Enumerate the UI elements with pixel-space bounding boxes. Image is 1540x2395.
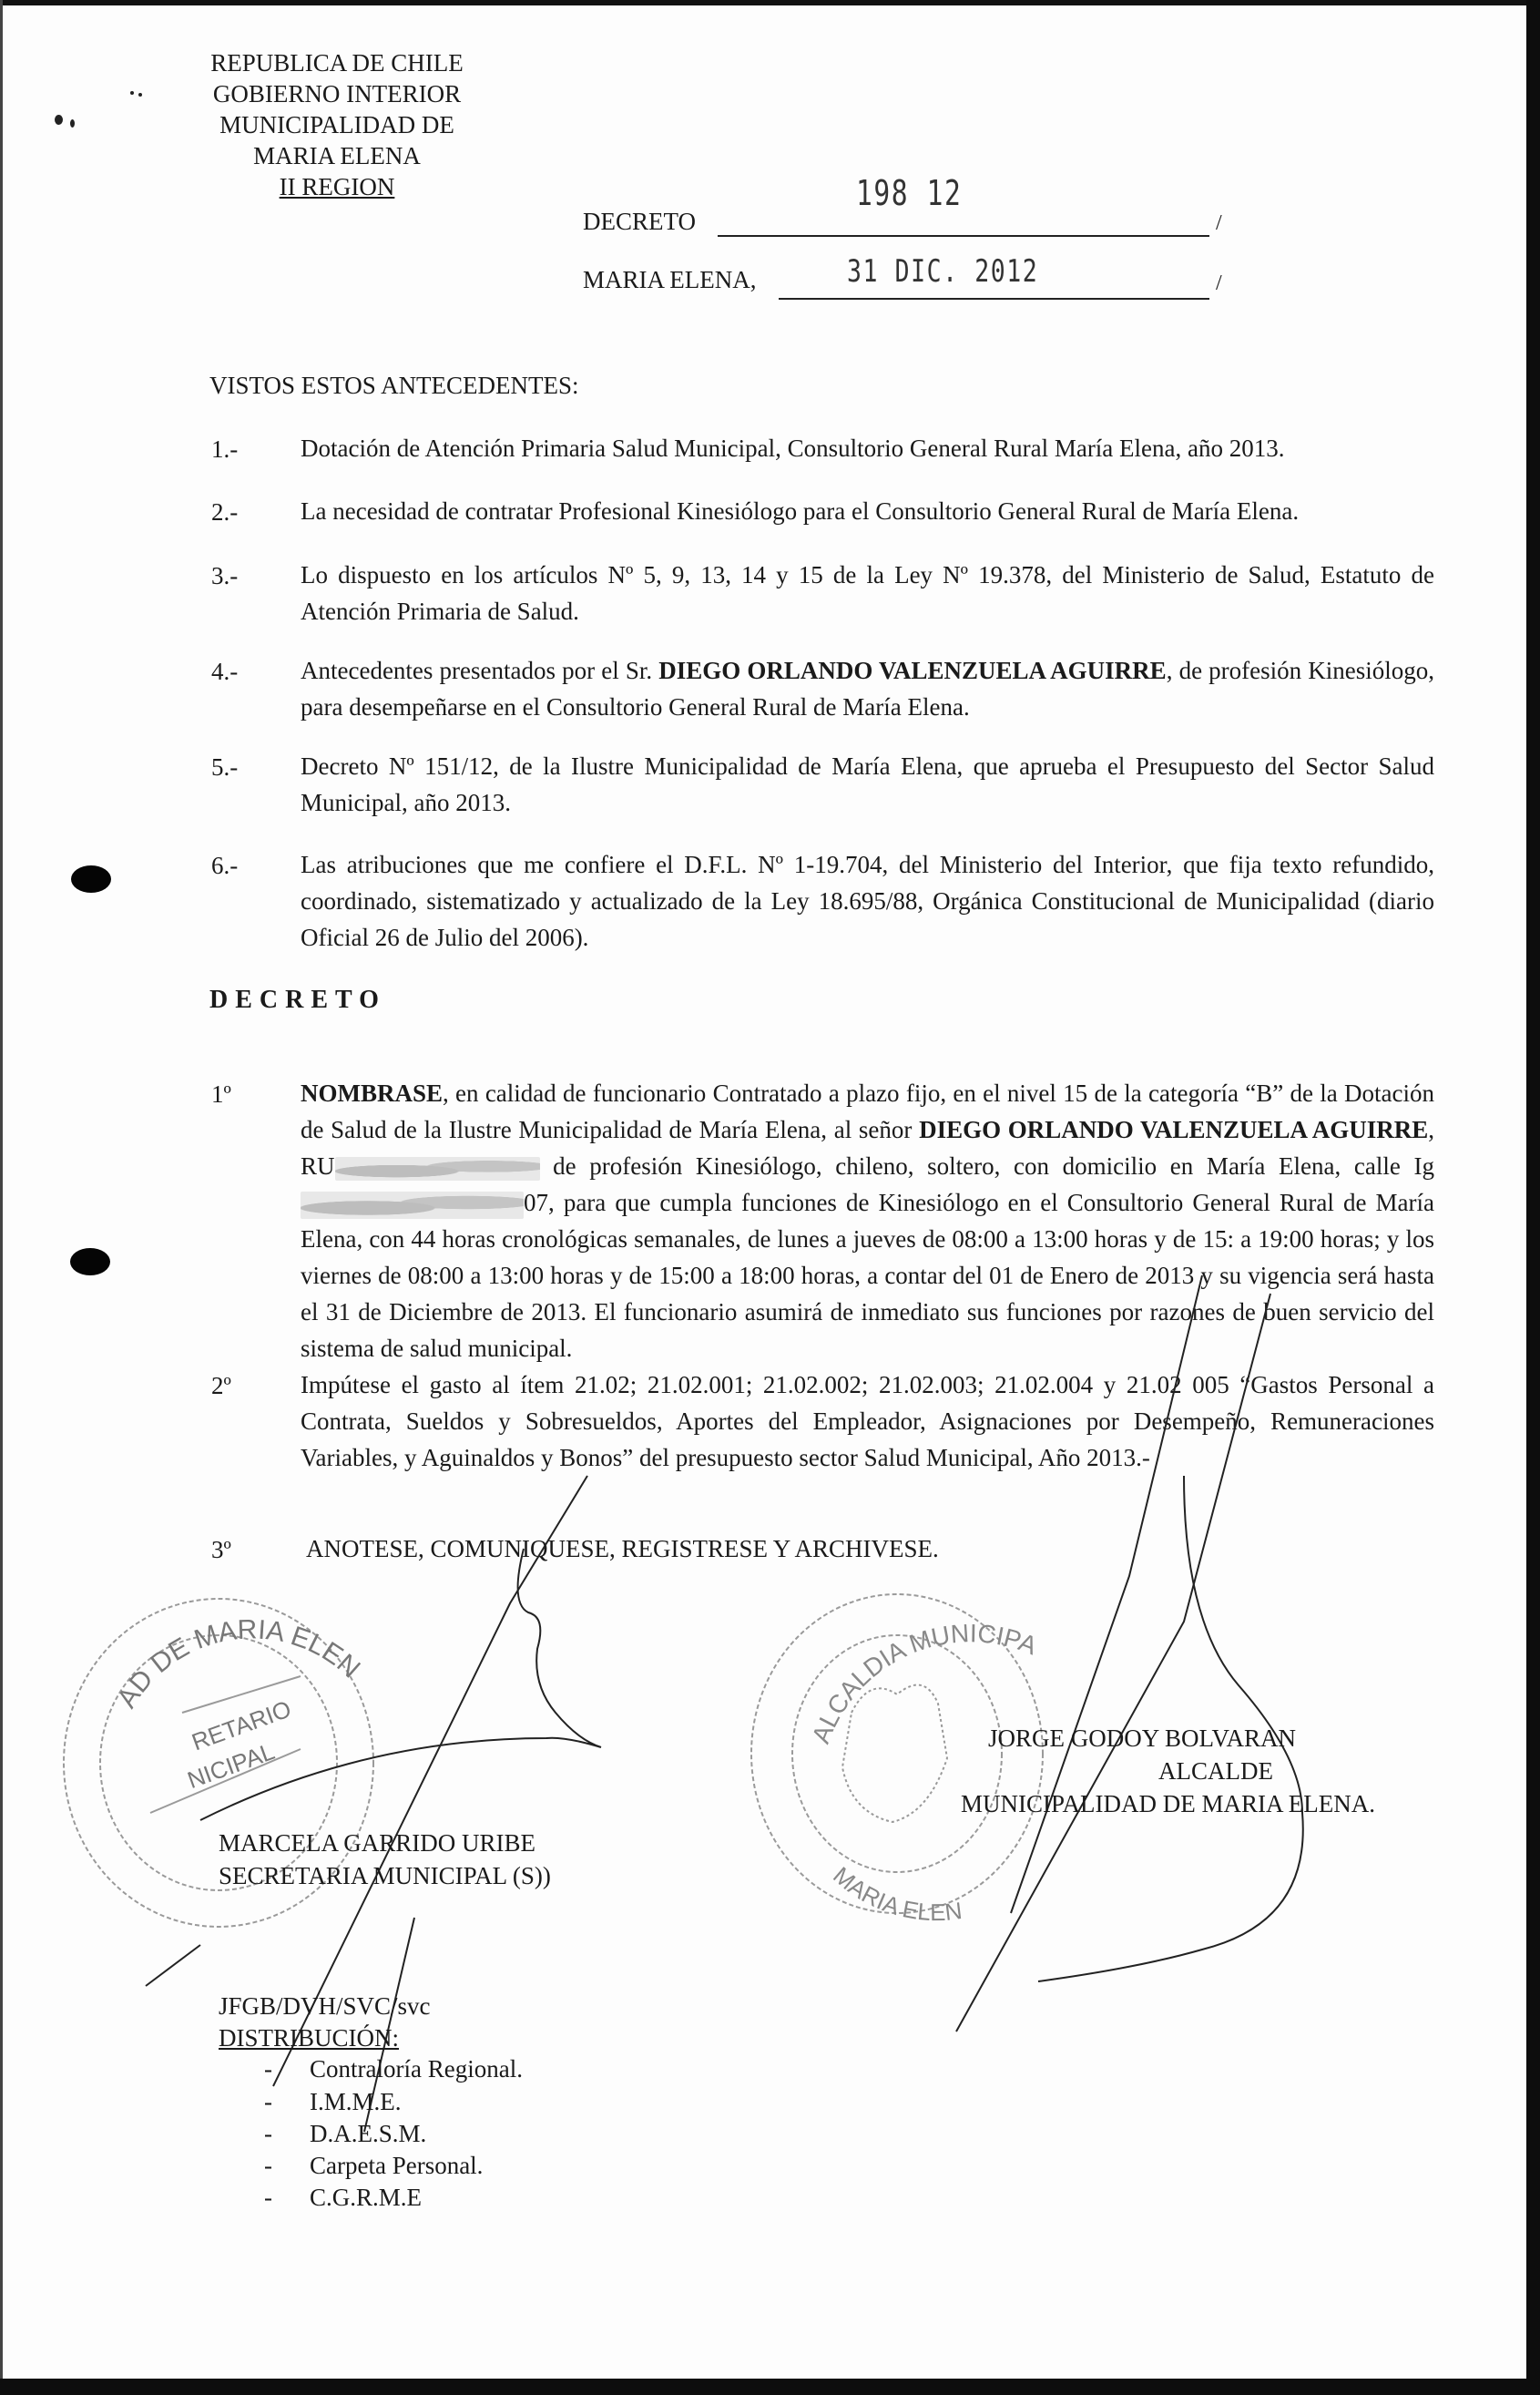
svg-text:MARIA ELENA: MARIA ELENA <box>0 0 964 1926</box>
distribution-item: -C.G.R.M.E <box>264 2184 422 2212</box>
svg-text:ALCALDIA MUNICIPAL: ALCALDIA MUNICIPAL <box>0 0 1041 1747</box>
initials: JFGB/DVH/SVC/svc <box>219 1991 431 2021</box>
signatory-left-role: SECRETARIA MUNICIPAL (S)) <box>219 1859 551 1892</box>
distribution-item: -Carpeta Personal. <box>264 2152 483 2180</box>
signatory-right-name: JORGE GODOY BOLVARAN <box>961 1722 1443 1755</box>
signature-right-icon <box>956 1275 1303 2032</box>
distribution-item: -D.A.E.S.M. <box>264 2120 426 2148</box>
signatory-left-name: MARCELA GARRIDO URIBE <box>219 1827 551 1859</box>
signatory-right-org: MUNICIPALIDAD DE MARIA ELENA. <box>961 1787 1443 1820</box>
signatory-right-role: ALCALDE <box>961 1755 1443 1787</box>
distribution-title: DISTRIBUCIÓN: <box>219 2022 399 2053</box>
distribution-item: -I.M.M.E. <box>264 2088 402 2116</box>
signatory-right: JORGE GODOY BOLVARAN ALCALDE MUNICIPALID… <box>961 1722 1443 1820</box>
left-stamp-arc: AD DE MARIA ELENA <box>0 0 366 1714</box>
distribution-item: -Contraloría Regional. <box>264 2055 523 2083</box>
signatory-left: MARCELA GARRIDO URIBE SECRETARIA MUNICIP… <box>219 1827 551 1892</box>
